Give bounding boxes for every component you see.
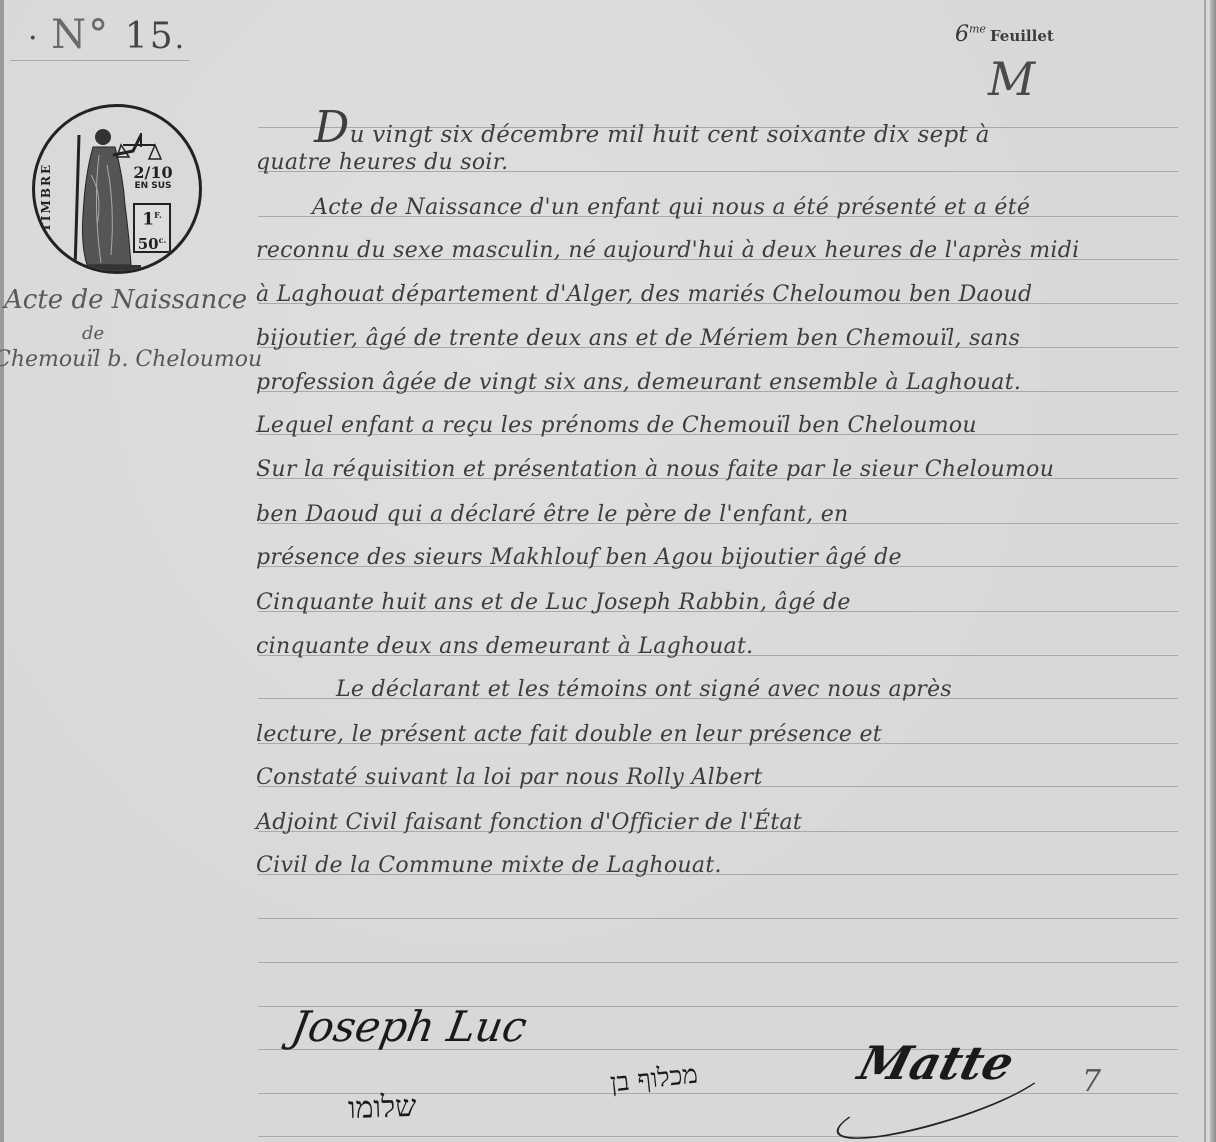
acte-number: · N° 15.	[28, 12, 186, 58]
margin-note-de: de	[82, 323, 104, 344]
ruled-line	[258, 918, 1178, 919]
body-line: cinquante deux ans demeurant à Laghouat.	[256, 634, 753, 659]
body-line: ben Daoud qui a déclaré être le père de …	[256, 502, 849, 527]
ruled-line	[258, 1136, 1178, 1137]
body-line: Le déclarant et les témoins ont signé av…	[336, 677, 952, 702]
stamp-label: TIMBRE	[39, 147, 65, 247]
stamp-surtax: 2/10 EN SUS	[131, 165, 175, 191]
paraph-initial: M	[988, 52, 1035, 106]
margin-note-name: Chemouïl b. Cheloumou	[0, 347, 262, 372]
body-line: Sur la réquisition et présentation à nou…	[256, 457, 1054, 482]
ruled-line	[10, 60, 190, 61]
body-line: Lequel enfant a reçu les prénoms de Chem…	[256, 413, 977, 438]
acte-number-prefix: N°	[51, 12, 110, 58]
feuillet-label: Feuillet	[990, 27, 1054, 45]
page-right-edge	[1210, 0, 1216, 1142]
body-line: quatre heures du soir.	[256, 150, 508, 175]
body-line: bijoutier, âgé de trente deux ans et de …	[256, 326, 1020, 351]
signature-declarant-hebrew: שלומו	[347, 1089, 417, 1126]
body-line: reconnu du sexe masculin, né aujourd'hui…	[256, 238, 1079, 263]
feuillet-heading: 6me Feuillet	[955, 22, 1054, 47]
stamp-price: 1F. 50c.	[133, 203, 171, 253]
page-binding-line	[1204, 0, 1206, 1142]
body-line: profession âgée de vingt six ans, demeur…	[256, 370, 1021, 395]
body-line: à Laghouat département d'Alger, des mari…	[256, 282, 1032, 307]
body-line: Adjoint Civil faisant fonction d'Officie…	[256, 810, 802, 835]
margin-note-title: Acte de Naissance	[4, 285, 247, 315]
body-line: Cinquante huit ans et de Luc Joseph Rabb…	[256, 590, 851, 615]
tax-stamp: TIMBRE 2/10 EN SUS 1F. 50c.	[32, 104, 202, 274]
signature-joseph-luc: Joseph Luc	[288, 1002, 531, 1051]
acte-number-value: 15	[125, 16, 175, 57]
body-line: présence des sieurs Makhlouf ben Agou bi…	[256, 545, 902, 570]
body-line: Acte de Naissance d'un enfant qui nous a…	[312, 195, 1030, 220]
body-line: Du vingt six décembre mil huit cent soix…	[314, 102, 990, 153]
ruled-line	[258, 962, 1178, 963]
marginal-mark: 7	[1082, 1064, 1101, 1099]
register-page: · N° 15. 6me Feuillet M TIMBRE 2	[0, 0, 1216, 1142]
page-left-edge	[0, 0, 4, 1142]
body-line: Constaté suivant la loi par nous Rolly A…	[256, 765, 763, 790]
body-line: Civil de la Commune mixte de Laghouat.	[256, 853, 722, 878]
feuillet-ordinal: 6me	[955, 22, 986, 47]
signature-officer: Matte	[853, 1036, 1020, 1090]
body-line: lecture, le présent acte fait double en …	[256, 722, 882, 747]
